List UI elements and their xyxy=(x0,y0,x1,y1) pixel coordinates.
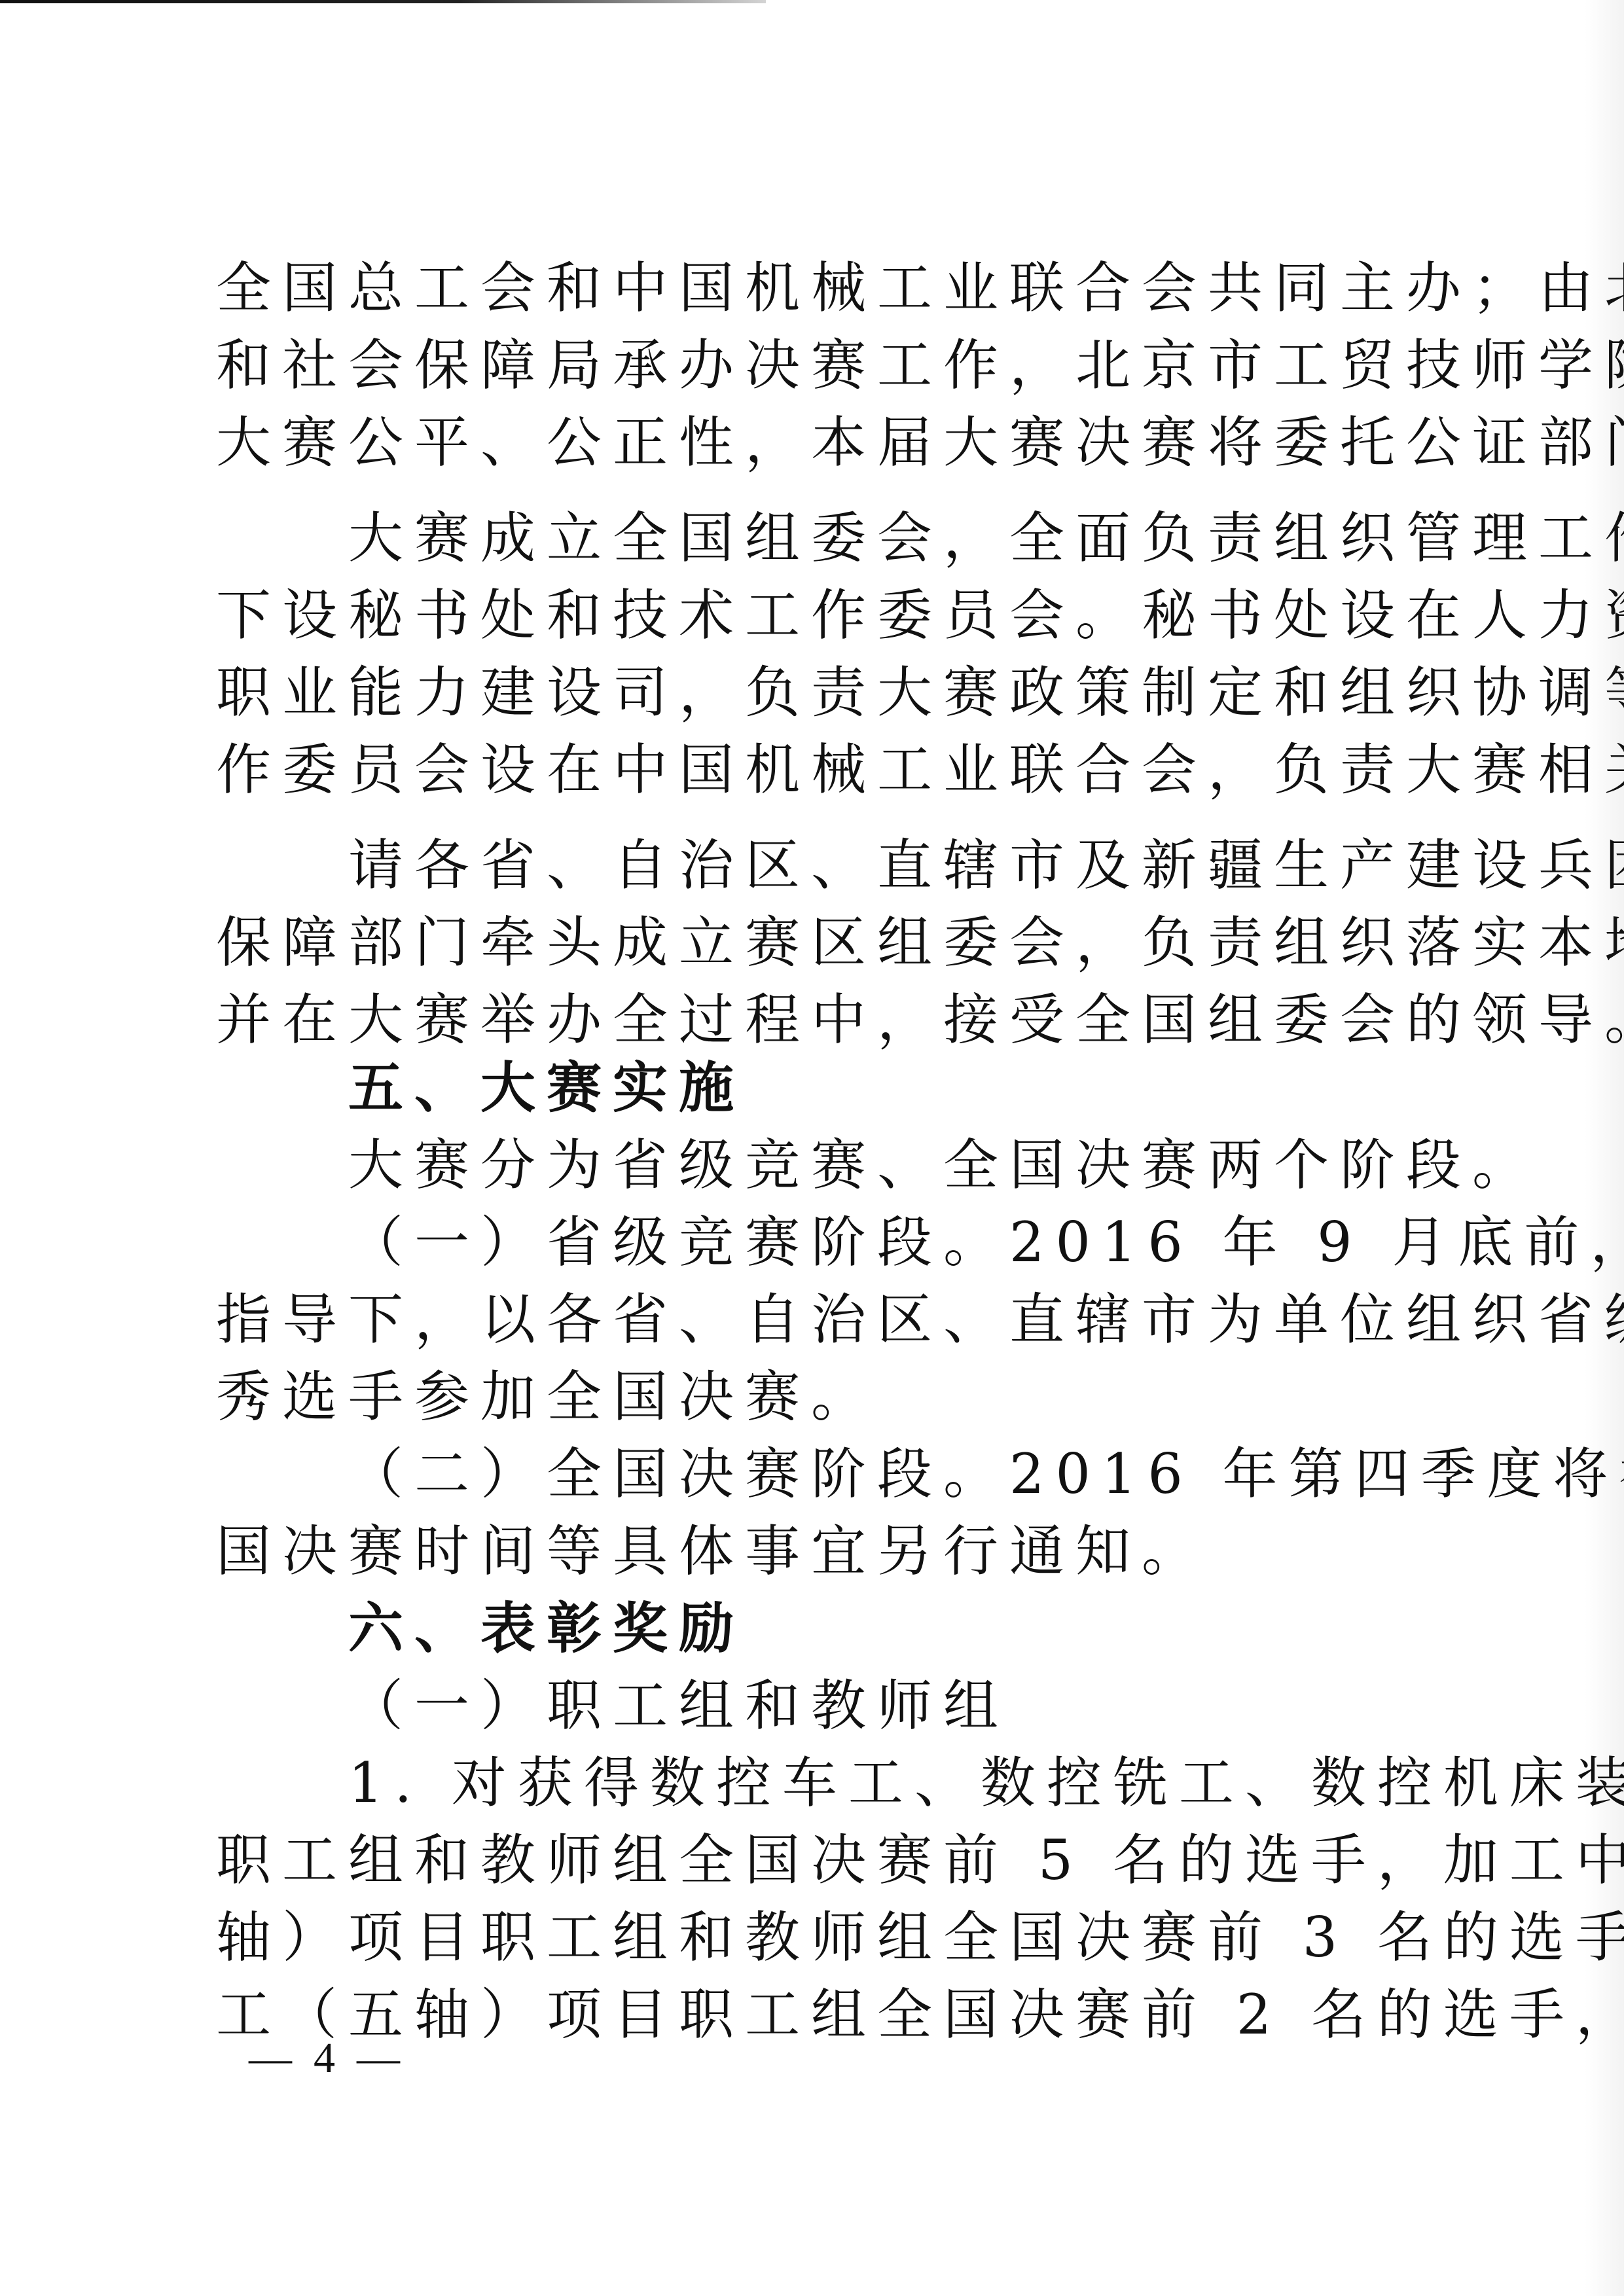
paragraph-line: 请各省、自治区、直辖市及新疆生产建设兵团人力资源社会 xyxy=(348,833,1406,898)
page-number: — 4 — xyxy=(249,2032,400,2085)
paragraph-line: 国决赛时间等具体事宜另行通知。 xyxy=(216,1518,1406,1584)
paragraph-line: （二）全国决赛阶段。2016 年第四季度将举办全国决赛。全 xyxy=(348,1441,1406,1507)
paragraph-line: 作委员会设在中国机械工业联合会，负责大赛相关技术工作。 xyxy=(216,737,1406,802)
paragraph-line: 大赛公平、公正性，本届大赛决赛将委托公证部门予以监督。 xyxy=(216,410,1406,475)
paragraph-line: 大赛分为省级竞赛、全国决赛两个阶段。 xyxy=(348,1132,1406,1198)
paragraph-line: 职工组和教师组全国决赛前 5 名的选手，加工中心操作工（四 xyxy=(216,1827,1406,1893)
paragraph-line: 指导下，以各省、自治区、直辖市为单位组织省级竞赛，选拔优 xyxy=(216,1287,1406,1352)
paragraph-line: 并在大赛举办全过程中，接受全国组委会的领导。 xyxy=(216,987,1406,1052)
paragraph-line: （一）省级竞赛阶段。2016 年 9 月底前，在全国组委会统一 xyxy=(348,1210,1406,1275)
paragraph-line: 秀选手参加全国决赛。 xyxy=(216,1364,1406,1429)
paragraph-line: 职业能力建设司，负责大赛政策制定和组织协调等工作。技术工 xyxy=(216,660,1406,725)
paragraph-line: 和社会保障局承办决赛工作，北京市工贸技师学院协办。为确保 xyxy=(216,332,1406,398)
paragraph-line: 全国总工会和中国机械工业联合会共同主办；由北京市人力资源 xyxy=(216,255,1406,321)
section-heading-awards: 六、表彰奖励 xyxy=(348,1596,1406,1661)
subsection-heading: （一）职工组和教师组 xyxy=(348,1673,1406,1738)
paragraph-line: 大赛成立全国组委会，全面负责组织管理工作。全国组委会 xyxy=(348,505,1406,571)
paragraph-line: 轴）项目职工组和教师组全国决赛前 3 名的选手，加工中心操作 xyxy=(216,1905,1406,1970)
section-heading-implementation: 五、大赛实施 xyxy=(348,1055,1406,1121)
paragraph-line: 1. 对获得数控车工、数控铣工、数控机床装调维修工项目 xyxy=(348,1750,1406,1816)
paragraph-line: 保障部门牵头成立赛区组委会，负责组织落实本地区竞赛事宜， xyxy=(216,910,1406,975)
scan-top-edge-shadow xyxy=(0,0,766,3)
paragraph-line: 下设秘书处和技术工作委员会。秘书处设在人力资源社会保障部 xyxy=(216,583,1406,648)
